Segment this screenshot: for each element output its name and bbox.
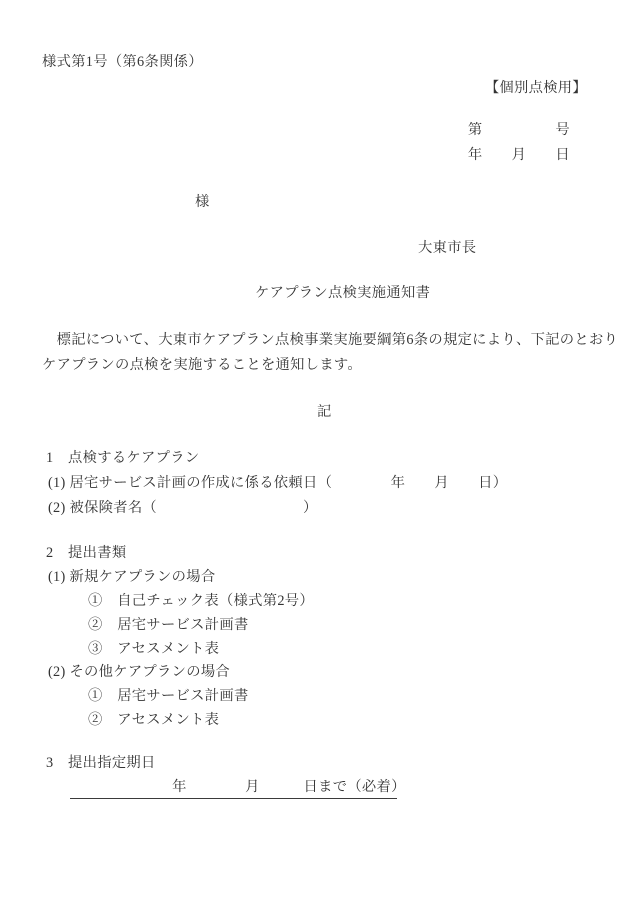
sender-name: 大東市長	[42, 236, 587, 260]
form-number: 様式第1号（第6条関係）	[42, 50, 587, 74]
usage-tag: 【個別点検用】	[42, 76, 587, 100]
body-paragraph-line-1: 標記について、大東市ケアプラン点検事業実施要綱第6条の規定により、下記のとおり	[42, 328, 587, 352]
section1-item-insured-name: (2) 被保険者名（ ）	[42, 496, 587, 520]
body-paragraph-line-2: ケアプランの点検を実施することを通知します。	[42, 353, 587, 377]
section1-item-request-date: (1) 居宅サービス計画の作成に係る依頼日（ 年 月 日）	[42, 471, 587, 495]
section2-case1-item-2: ② 居宅サービス計画書	[42, 613, 587, 637]
record-marker: 記	[42, 400, 587, 424]
addressee-honorific: 様	[42, 190, 587, 214]
document-number-blank: 第 号	[42, 118, 587, 142]
section2-case1-item-1: ① 自己チェック表（様式第2号）	[42, 589, 587, 613]
section3-heading: 3 提出指定期日	[42, 751, 587, 775]
section2-case1-heading: (1) 新規ケアプランの場合	[42, 565, 587, 589]
date-blank: 年 月 日	[42, 143, 587, 167]
section2-case2-item-1: ① 居宅サービス計画書	[42, 684, 587, 708]
section2-case2-heading: (2) その他ケアプランの場合	[42, 660, 587, 684]
document-title: ケアプラン点検実施通知書	[42, 281, 587, 305]
section2-case1-item-3: ③ アセスメント表	[42, 637, 587, 661]
section1-heading: 1 点検するケアプラン	[42, 446, 587, 470]
deadline-blank-line: 年 月 日まで（必着）	[42, 775, 587, 799]
document-page: 様式第1号（第6条関係） 【個別点検用】 第 号 年 月 日 様 大東市長 ケア…	[0, 0, 630, 915]
deadline-underline-blank: 年 月 日まで（必着）	[70, 776, 397, 799]
section2-heading: 2 提出書類	[42, 541, 587, 565]
section2-case2-item-2: ② アセスメント表	[42, 708, 587, 732]
